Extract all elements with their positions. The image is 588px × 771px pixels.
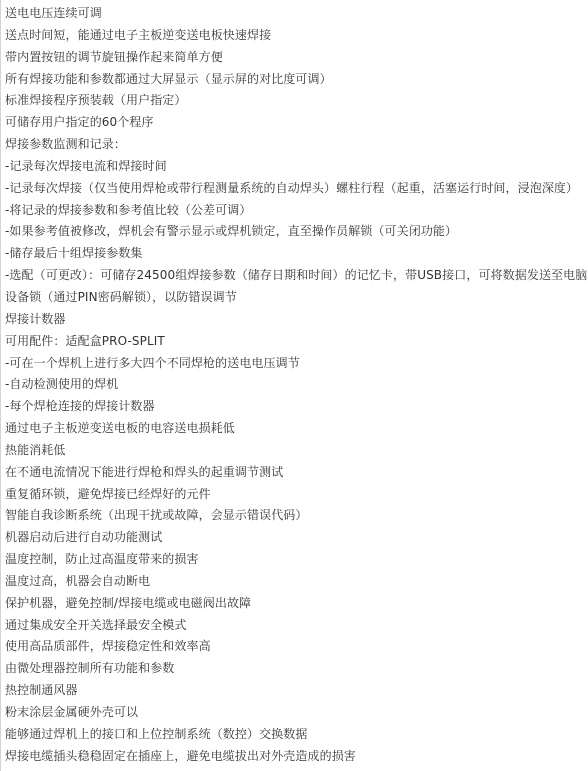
feature-line: 焊接电缆插头稳稳固定在插座上，避免电缆拔出对外壳造成的损害 xyxy=(5,746,588,768)
feature-line: -储存最后十组焊接参数集 xyxy=(5,243,588,265)
feature-line: -每个焊枪连接的焊接计数器 xyxy=(5,396,588,418)
feature-line: 能够通过焊机上的接口和上位控制系统（数控）交换数据 xyxy=(5,724,588,746)
feature-line: -如果参考值被修改，焊机会有警示显示或焊机锁定，直至操作员解锁（可关闭功能） xyxy=(5,221,588,243)
feature-line: 可储存用户指定的60个程序 xyxy=(5,112,588,134)
feature-line: 可用配件：适配盒PRO-SPLIT xyxy=(5,331,588,353)
feature-line: 机器启动后进行自动功能测试 xyxy=(5,527,588,549)
feature-line: -记录每次焊接（仅当使用焊枪或带行程测量系统的自动焊头）螺柱行程（起重，活塞运行… xyxy=(5,178,588,200)
feature-line: 保护机器，避免控制/焊接电缆或电磁阀出故障 xyxy=(5,593,588,615)
feature-line: 标准焊接程序预装载（用户指定） xyxy=(5,90,588,112)
feature-line: 通过电子主板逆变送电板的电容送电损耗低 xyxy=(5,418,588,440)
feature-line: -可在一个焊机上进行多大四个不同焊枪的送电电压调节 xyxy=(5,353,588,375)
feature-line: -记录每次焊接电流和焊接时间 xyxy=(5,156,588,178)
feature-line: 所有焊接功能和参数都通过大屏显示（显示屏的对比度可调） xyxy=(5,69,588,91)
feature-list: 送电电压连续可调 送点时间短，能通过电子主板逆变送电板快速焊接 带内置按钮的调节… xyxy=(0,0,588,771)
feature-line: 由微处理器控制所有功能和参数 xyxy=(5,658,588,680)
feature-line: 温度控制，防止过高温度带来的损害 xyxy=(5,549,588,571)
feature-line: 焊接计数器 xyxy=(5,309,588,331)
feature-line: 送电电压连续可调 xyxy=(5,3,588,25)
feature-line: 设备锁（通过PIN密码解锁），以防错误调节 xyxy=(5,287,588,309)
feature-line: -选配（可更改）：可储存24500组焊接参数（储存日期和时间）的记忆卡，带USB… xyxy=(5,265,588,287)
feature-line: 在不通电流情况下能进行焊枪和焊头的起重调节测试 xyxy=(5,462,588,484)
feature-line: 重复循环锁，避免焊接已经焊好的元件 xyxy=(5,484,588,506)
feature-line: 使用高品质部件，焊接稳定性和效率高 xyxy=(5,636,588,658)
feature-line: -将记录的焊接参数和参考值比较（公差可调） xyxy=(5,200,588,222)
feature-line: 智能自我诊断系统（出现干扰或故障，会显示错误代码） xyxy=(5,505,588,527)
feature-line: 热控制通风器 xyxy=(5,680,588,702)
feature-line: 带内置按钮的调节旋钮操作起来简单方便 xyxy=(5,47,588,69)
feature-line: 温度过高，机器会自动断电 xyxy=(5,571,588,593)
feature-line: 焊接参数监测和记录： xyxy=(5,134,588,156)
feature-line: -自动检测使用的焊机 xyxy=(5,374,588,396)
feature-line: 粉末涂层金属硬外壳可以 xyxy=(5,702,588,724)
feature-line: 热能消耗低 xyxy=(5,440,588,462)
feature-line: 通过集成安全开关选择最安全模式 xyxy=(5,615,588,637)
feature-line: 送点时间短，能通过电子主板逆变送电板快速焊接 xyxy=(5,25,588,47)
